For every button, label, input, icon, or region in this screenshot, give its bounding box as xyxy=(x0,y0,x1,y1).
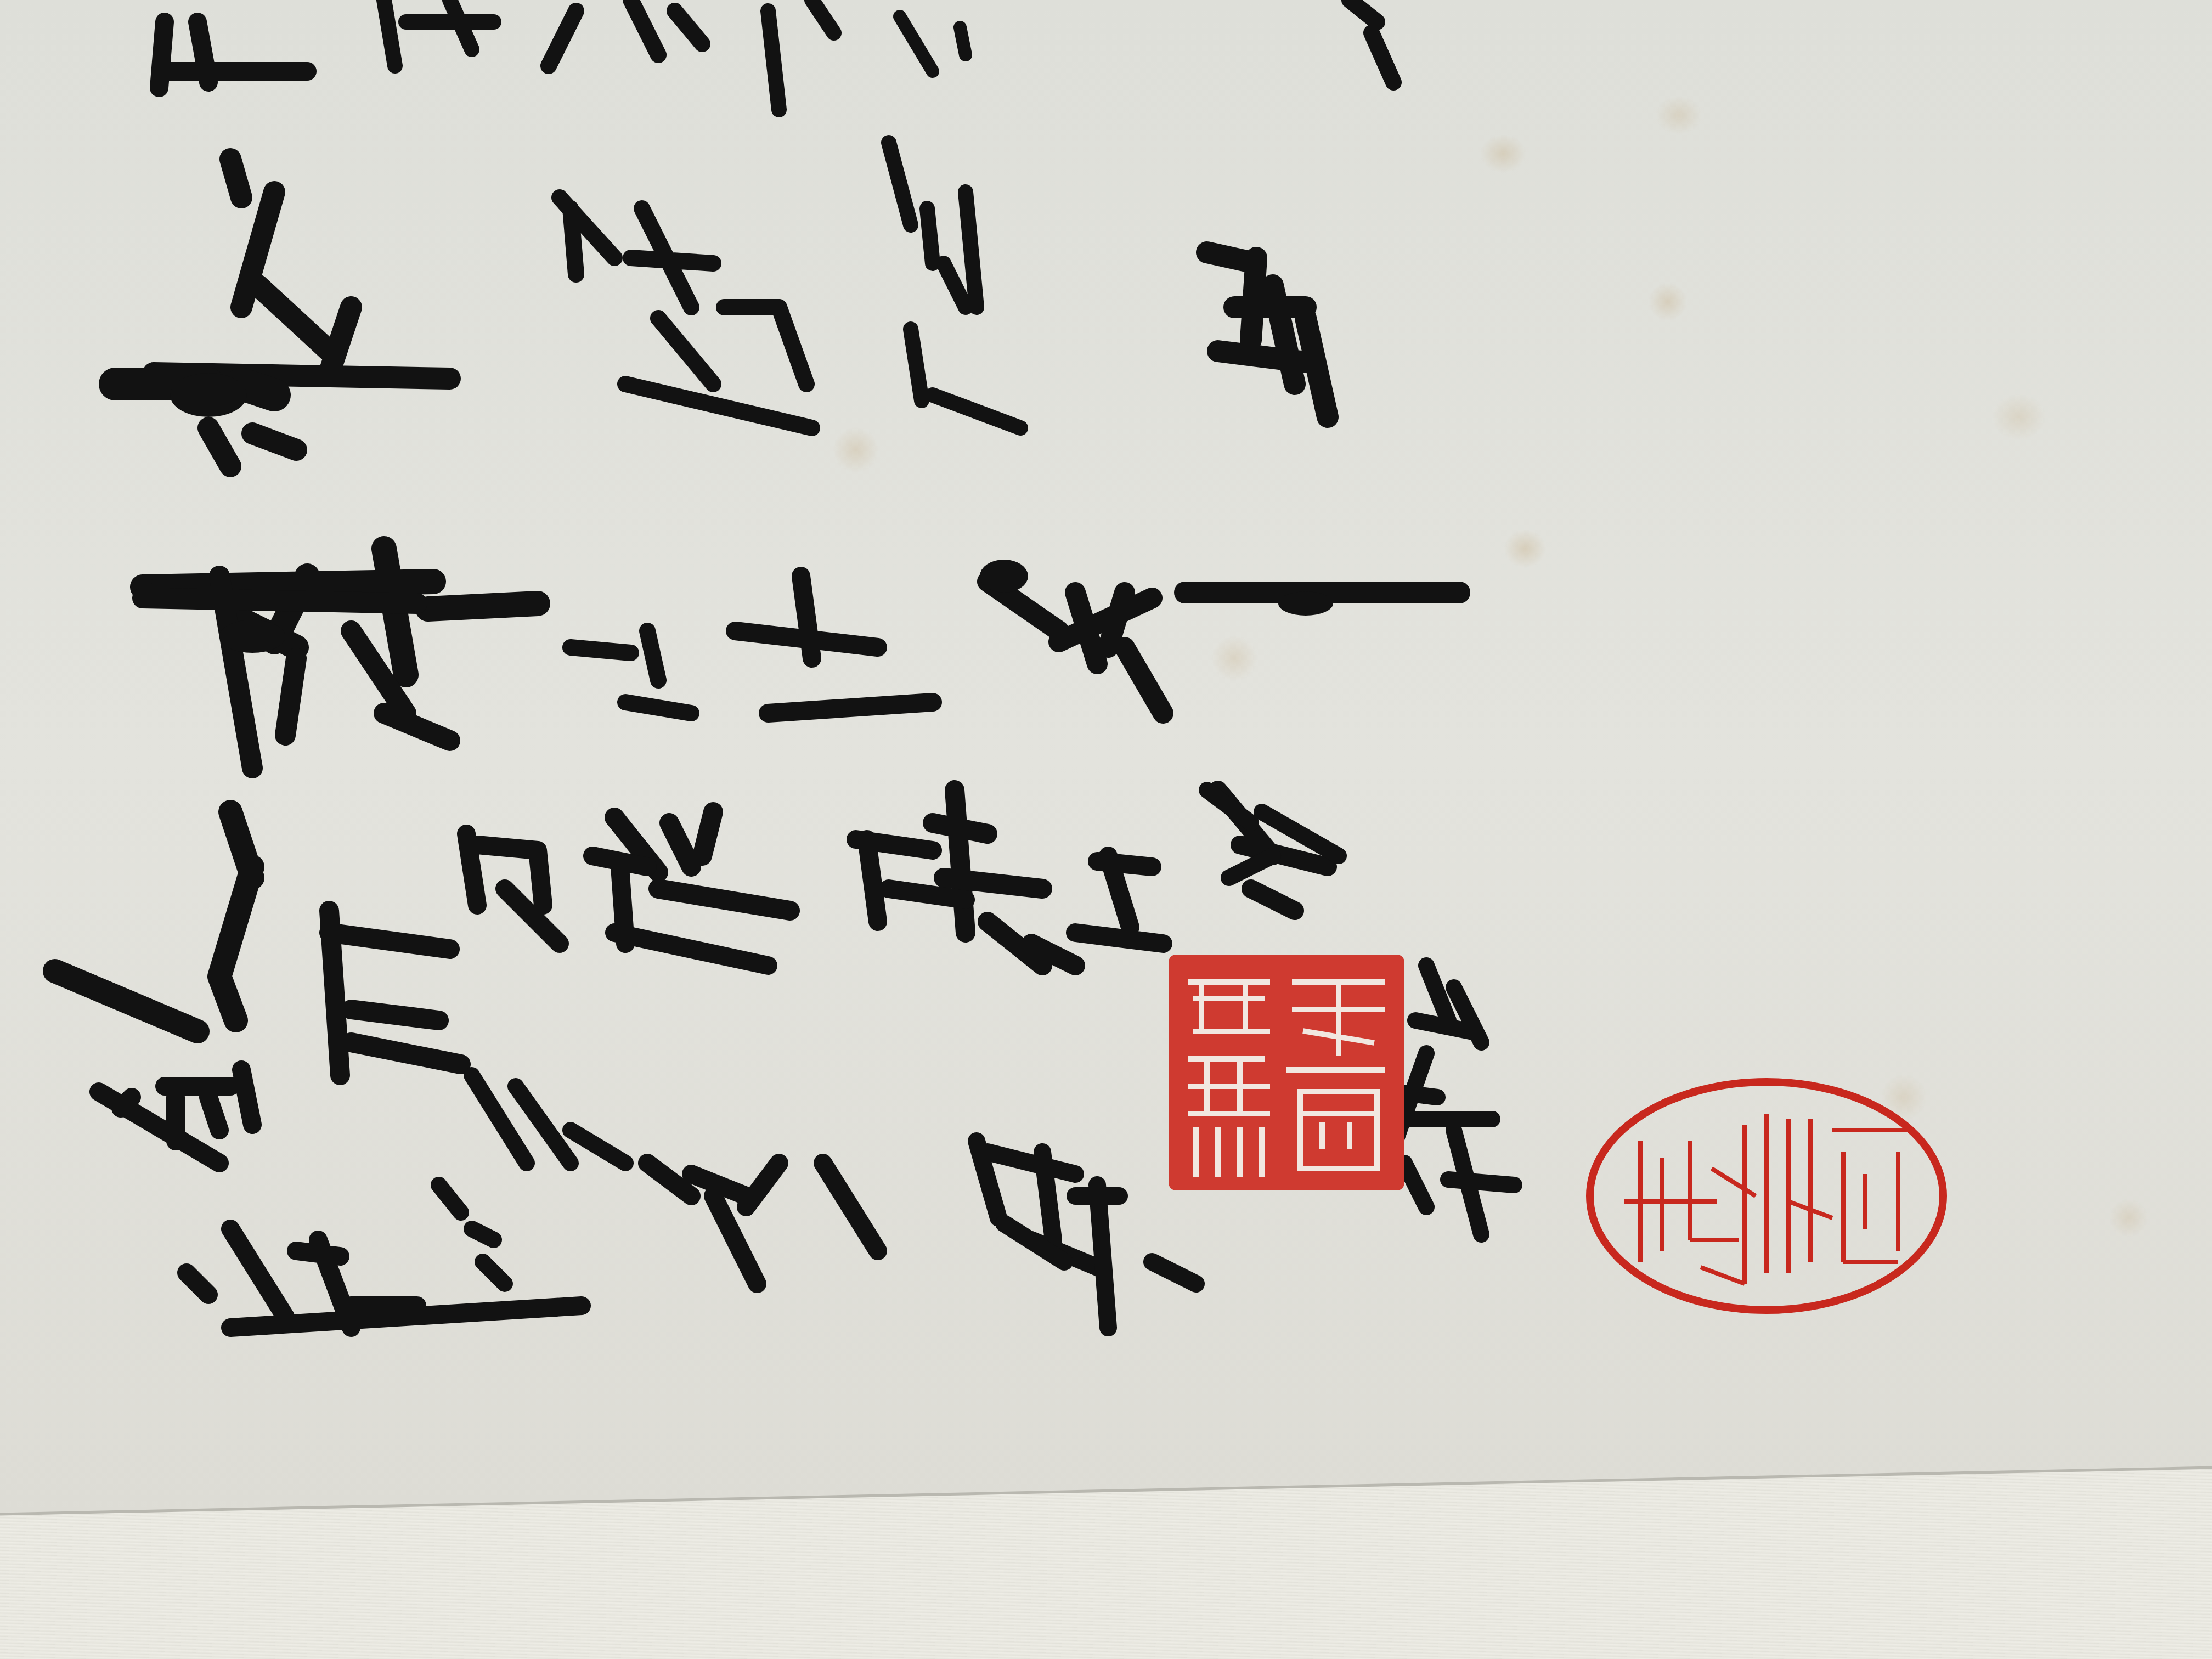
oval-seal-zhuwen xyxy=(1580,1075,1953,1317)
square-seal-baiwen xyxy=(1163,949,1415,1201)
